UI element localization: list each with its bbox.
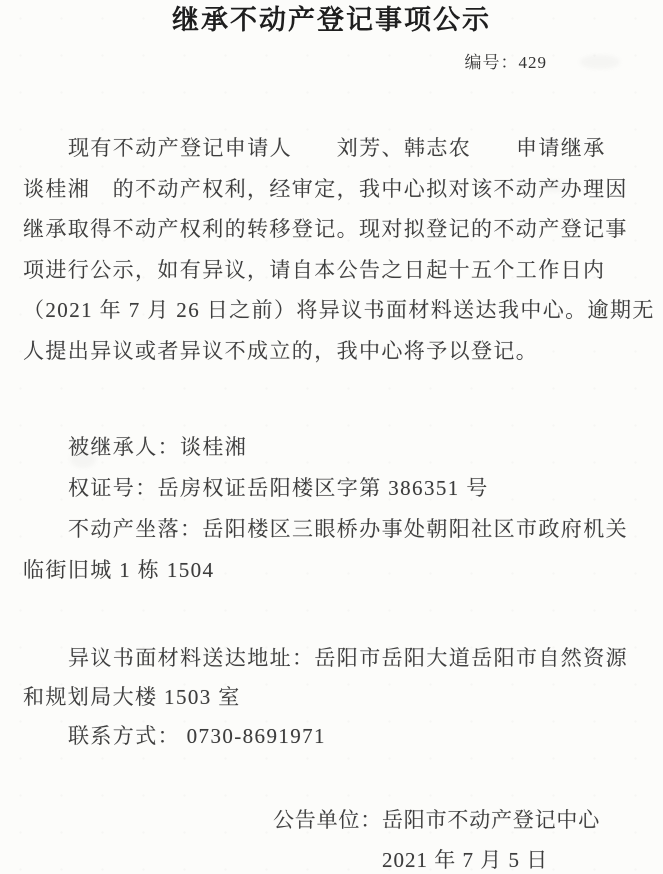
- paragraph-line: （2021 年 7 月 26 日之前）将异议书面材料送达我中心。逾期无: [23, 290, 653, 331]
- delivery-address-line-continued: 和规划局大楼 1503 室: [23, 678, 653, 717]
- announcing-unit: 公告单位：岳阳市不动产登记中心: [273, 800, 600, 840]
- scanned-announcement-document: 继承不动产登记事项公示 编号：429 现有不动产登记申请人 刘芳、韩志农 申请继…: [0, 0, 663, 874]
- scan-artifact: [70, 450, 96, 468]
- scan-artifact: [580, 55, 620, 69]
- paragraph-line: 继承取得不动产权利的转移登记。现对拟登记的不动产登记事: [23, 209, 653, 250]
- paragraph-line: 人提出异议或者异议不成立的，我中心将予以登记。: [23, 331, 653, 372]
- paragraph-line: 现有不动产登记申请人 刘芳、韩志农 申请继承: [23, 128, 653, 169]
- scan-artifact: [540, 180, 570, 192]
- contact-phone-line: 联系方式： 0730-8691971: [23, 717, 653, 756]
- document-title: 继承不动产登记事项公示: [0, 1, 663, 39]
- paragraph-line: 项进行公示，如有异议，请自本公告之日起十五个工作日内: [23, 250, 653, 291]
- document-number: 编号：429: [465, 50, 548, 76]
- objection-delivery-section: 异议书面材料送达地址：岳阳市岳阳大道岳阳市自然资源 和规划局大楼 1503 室 …: [23, 639, 653, 756]
- property-location-line: 不动产坐落：岳阳楼区三眼桥办事处朝阳社区市政府机关: [23, 509, 653, 550]
- decedent-line: 被继承人：谈桂湘: [23, 427, 653, 468]
- delivery-address-line: 异议书面材料送达地址：岳阳市岳阳大道岳阳市自然资源: [23, 639, 653, 678]
- property-details-section: 被继承人：谈桂湘 权证号：岳房权证岳阳楼区字第 386351 号 不动产坐落：岳…: [23, 427, 653, 591]
- main-paragraph: 现有不动产登记申请人 刘芳、韩志农 申请继承 谈桂湘 的不动产权利，经审定，我中…: [23, 128, 653, 371]
- announcement-date: 2021 年 7 月 5 日: [382, 840, 548, 874]
- property-location-line-continued: 临街旧城 1 栋 1504: [23, 550, 653, 591]
- certificate-number-line: 权证号：岳房权证岳阳楼区字第 386351 号: [23, 468, 653, 509]
